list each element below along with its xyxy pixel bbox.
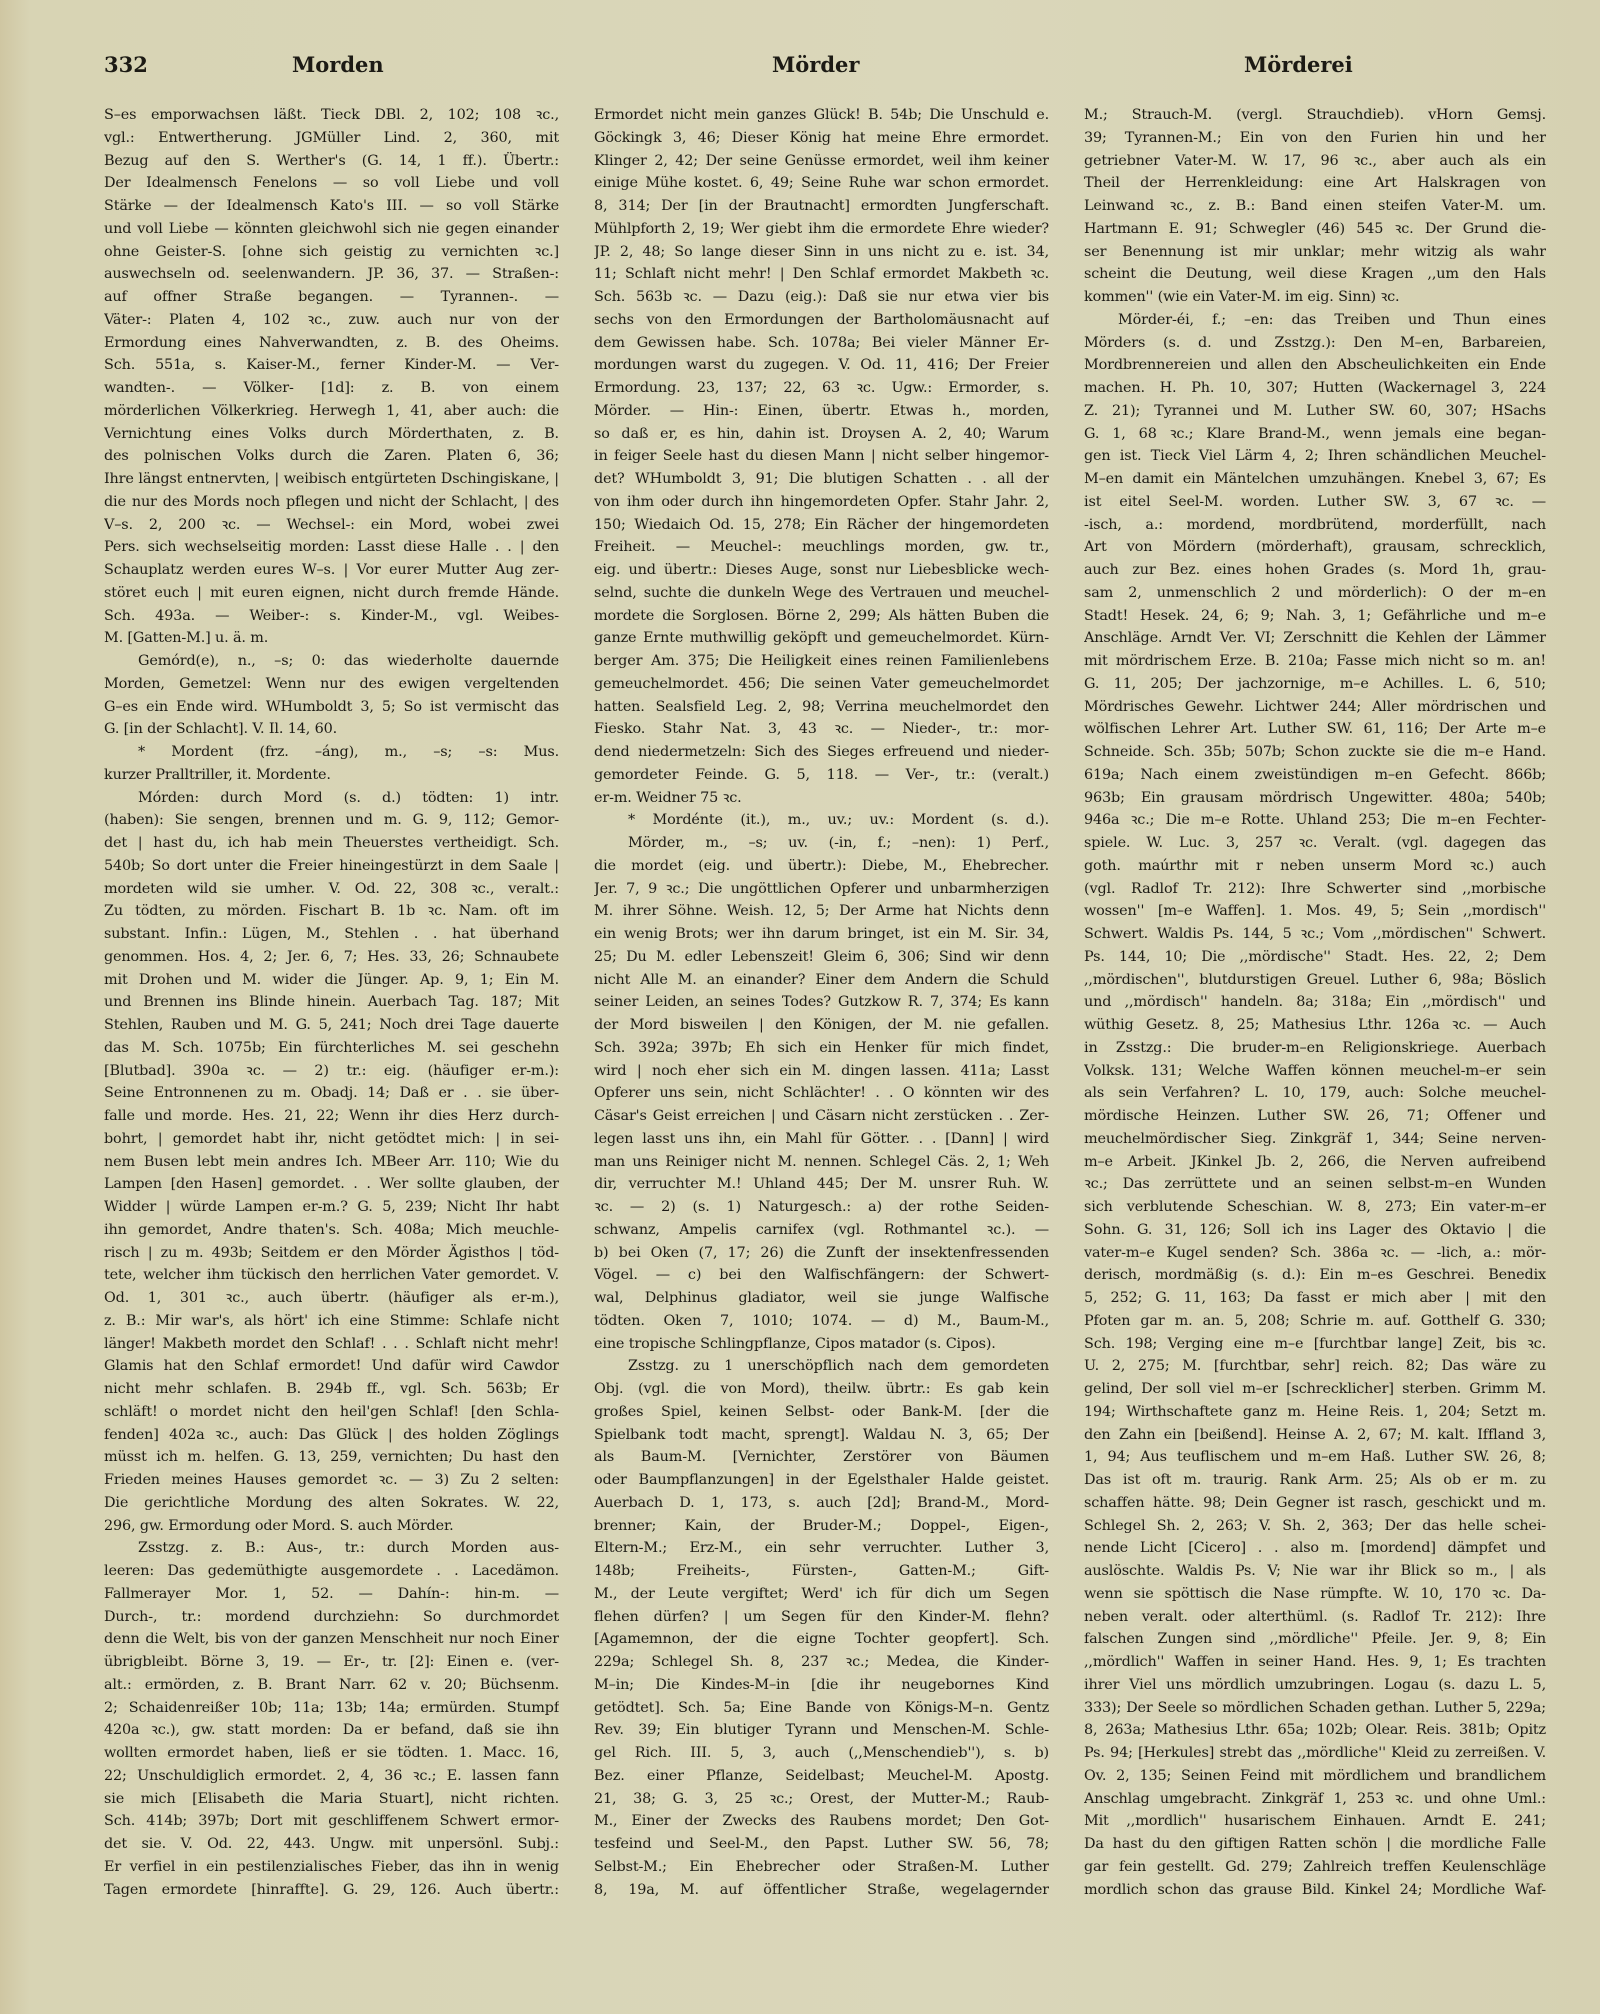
text-line: auch zur Bez. eines hohen Grades (s. Mor…	[1084, 559, 1546, 582]
text-line: 11; Schlaft nicht mehr! | Den Schlaf erm…	[594, 263, 1049, 286]
text-line: Klinger 2, 42; Der seine Genüsse ermorde…	[594, 150, 1049, 173]
text-line: M., Einer der Zwecks des Raubens mordet;…	[594, 1810, 1049, 1833]
text-line: und ,,mördisch'' handeln. 8a; 318a; Ein …	[1084, 991, 1546, 1014]
text-line: Selbst-M.; Ein Ehebrecher oder Straßen-M…	[594, 1856, 1049, 1879]
text-line: seiner Leiden, an seines Todes? Gutzkow …	[594, 991, 1049, 1014]
text-line: Volksk. 131; Welche Waffen können meuche…	[1084, 1060, 1546, 1083]
text-line: Art von Mördern (mörderhaft), grausam, s…	[1084, 536, 1546, 559]
text-line: scheint die Deutung, weil diese Kragen ,…	[1084, 263, 1546, 286]
text-line: ganze Ernte muthwillig geköpft und gemeu…	[594, 627, 1049, 650]
text-line: risch | zu m. 493b; Seitdem er den Mörde…	[104, 1242, 559, 1265]
text-line: (vgl. Radlof Tr. 212): Ihre Schwerter si…	[1084, 878, 1546, 901]
text-line: ꝛc. — 2) (s. 1) Naturgesch.: a) der roth…	[594, 1196, 1049, 1219]
text-line: Frieden meines Hauses gemordet ꝛc. — 3) …	[104, 1469, 559, 1492]
text-line: ꝛc.; Das zerrüttete und an seinen selbst…	[1084, 1173, 1546, 1196]
text-line: M–en damit ein Mäntelchen umzuhängen. Kn…	[1084, 468, 1546, 491]
text-line: gelind, Der soll viel m–er [schreckliche…	[1084, 1378, 1546, 1401]
text-line: auf offner Straße begangen. — Tyrannen-.…	[104, 286, 559, 309]
text-line: sechs von den Ermordungen der Bartholomä…	[594, 309, 1049, 332]
text-line: Anschläge. Arndt Ver. VI; Zerschnitt die…	[1084, 627, 1546, 650]
text-line: G–es ein Ende wird. WHumboldt 3, 5; So i…	[104, 696, 559, 719]
text-line: Mördrisches Gewehr. Lichtwer 244; Aller …	[1084, 696, 1546, 719]
text-line: -isch, a.: mordend, mordbrütend, morderf…	[1084, 514, 1546, 537]
text-column-middle: Ermordet nicht mein ganzes Glück! B. 54b…	[594, 104, 1049, 1901]
text-line: Sch. 563b ꝛc. — Dazu (eig.): Daß sie nur…	[594, 286, 1049, 309]
text-line: das M. Sch. 1075b; Ein fürchterliches M.…	[104, 1037, 559, 1060]
text-line: 946a ꝛc.; Die m–e Rotte. Uhland 253; Die…	[1084, 809, 1546, 832]
text-line: und Brennen ins Blinde hinein. Auerbach …	[104, 991, 559, 1014]
text-line: Stehlen, Rauben und M. G. 5, 241; Noch d…	[104, 1014, 559, 1037]
text-line: auslöschte. Waldis Ps. V; Nie war ihr Bl…	[1084, 1560, 1546, 1583]
text-line: Mit ,,mordlich'' husarischem Einhauen. A…	[1084, 1810, 1546, 1833]
text-line: Seine Entronnenen zu m. Obadj. 14; Daß e…	[104, 1082, 559, 1105]
text-line: [Agamemnon, der die eigne Tochter geopfe…	[594, 1628, 1049, 1651]
text-line: 148b; Freiheits-, Fürsten-, Gatten-M.; G…	[594, 1560, 1049, 1583]
text-line: Z. 21); Tyrannei und M. Luther SW. 60, 3…	[1084, 400, 1546, 423]
text-line: Morden, Gemetzel: Wenn nur des ewigen ve…	[104, 673, 559, 696]
text-line: falle und morde. Hes. 21, 22; Wenn ihr d…	[104, 1105, 559, 1128]
text-line: wird | noch eher sich ein M. dingen lass…	[594, 1060, 1049, 1083]
text-line: Mörders (s. d. und Zsstzg.): Den M–en, B…	[1084, 332, 1546, 355]
text-line: auswechseln od. seelenwandern. JP. 36, 3…	[104, 263, 559, 286]
text-line: det | hast du, ich hab mein Theuerstes v…	[104, 832, 559, 855]
text-line: in Zsstzg.: Die bruder-m–en Religionskri…	[1084, 1037, 1546, 1060]
text-line: 8, 263a; Mathesius Lthr. 65a; 102b; Olea…	[1084, 1719, 1546, 1742]
text-line: Sch. 414b; 397b; Dort mit geschliffenem …	[104, 1810, 559, 1833]
text-line: gar fein gestellt. Gd. 279; Zahlreich tr…	[1084, 1856, 1546, 1879]
text-line: und voll Liebe — könnten gleichwohl sich…	[104, 218, 559, 241]
text-line: ser Benennung ist mir unklar; mehr witzi…	[1084, 241, 1546, 264]
text-line: spiele. W. Luc. 3, 257 ꝛc. Veralt. (vgl.…	[1084, 832, 1546, 855]
text-line: dend niedermetzeln: Sich des Sieges erfr…	[594, 741, 1049, 764]
text-line: von ihm oder durch ihn hingemordeten Opf…	[594, 491, 1049, 514]
text-line: großes Spiel, keinen Selbst- oder Bank-M…	[594, 1401, 1049, 1424]
text-line: Ermordung eines Nahverwandten, z. B. des…	[104, 332, 559, 355]
text-line: G. 1, 68 ꝛc.; Klare Brand-M., wenn jemal…	[1084, 423, 1546, 446]
text-line: schläft! o mordet nicht den heil'gen Sch…	[104, 1401, 559, 1424]
text-line: ohne Geister-S. [ohne sich geistig zu ve…	[104, 241, 559, 264]
text-line: Schauplatz werden eures W–s. | Vor eurer…	[104, 559, 559, 582]
text-line: Da hast du den giftigen Ratten schön | d…	[1084, 1833, 1546, 1856]
text-line: Obj. (vgl. die von Mord), theilw. übrtr.…	[594, 1378, 1049, 1401]
text-line: M. [Gatten-M.] u. ä. m.	[104, 627, 559, 650]
text-line: genommen. Hos. 4, 2; Jer. 6, 7; Hes. 33,…	[104, 946, 559, 969]
text-line: ihn gemordet, Andre thaten's. Sch. 408a;…	[104, 1219, 559, 1242]
text-line: nem Busen lebt mein andres Ich. MBeer Ar…	[104, 1151, 559, 1174]
text-line: Mórden: durch Mord (s. d.) tödten: 1) in…	[104, 787, 559, 810]
text-line: 229a; Schlegel Sh. 8, 237 ꝛc.; Medea, di…	[594, 1651, 1049, 1674]
text-line: * Mordénte (it.), m., uv.; uv.: Mordent …	[594, 809, 1049, 832]
text-line: übrigbleibt. Börne 3, 19. — Er-, tr. [2]…	[104, 1651, 559, 1674]
text-line: derisch, mordmäßig (s. d.): Ein m–es Ges…	[1084, 1264, 1546, 1287]
text-line: Bez. einer Pflanze, Seidelbast; Meuchel-…	[594, 1765, 1049, 1788]
text-line: mördische Heinzen. Luther SW. 26, 71; Of…	[1084, 1105, 1546, 1128]
text-line: M.; Strauch-M. (vergl. Strauchdieb). vHo…	[1084, 104, 1546, 127]
text-line: Vernichtung eines Volks durch Mörderthat…	[104, 423, 559, 446]
text-line: Schlegel Sh. 2, 263; V. Sh. 2, 363; Der …	[1084, 1515, 1546, 1538]
text-line: wollten ermordet haben, ließ er sie tödt…	[104, 1742, 559, 1765]
text-line: wossen'' [m–e Waffen]. 1. Mos. 49, 5; Se…	[1084, 900, 1546, 923]
text-line: Stadt! Hesek. 24, 6; 9; Nah. 3, 1; Gefäh…	[1084, 605, 1546, 628]
dictionary-page: 332 Morden Mörder Mörderei S–es emporwac…	[0, 0, 1600, 2014]
text-line: brenner; Kain, der Bruder-M.; Doppel-, E…	[594, 1515, 1049, 1538]
text-line: die nur des Mords noch pflegen und nicht…	[104, 491, 559, 514]
text-line: denn die Welt, bis von der ganzen Mensch…	[104, 1628, 559, 1651]
text-line: [Blutbad]. 390a ꝛc. — 2) tr.: eig. (häuf…	[104, 1060, 559, 1083]
text-line: Ps. 144, 10; Die ,,mördische'' Stadt. He…	[1084, 946, 1546, 969]
text-line: m–e Arbeit. JKinkel Jb. 2, 266, die Nerv…	[1084, 1151, 1546, 1174]
text-line: Pers. sich wechselseitig morden: Lasst d…	[104, 536, 559, 559]
text-line: Auerbach D. 1, 173, s. auch [2d]; Brand-…	[594, 1492, 1049, 1515]
text-line: Pfoten gar m. an. 5, 208; Schrie m. auf.…	[1084, 1310, 1546, 1333]
text-line: ,,mördlich'' Waffen in seiner Hand. Hes.…	[1084, 1651, 1546, 1674]
text-line: Glamis hat den Schlaf ermordet! Und dafü…	[104, 1355, 559, 1378]
text-line: nicht Alle M. an einander? Einer dem And…	[594, 969, 1049, 992]
text-line: mit mördrischem Erze. B. 210a; Fasse mic…	[1084, 650, 1546, 673]
text-line: gel Rich. III. 5, 3, auch (,,Menschendie…	[594, 1742, 1049, 1765]
text-line: den Zahn ein [beißend]. Heinse A. 2, 67;…	[1084, 1424, 1546, 1447]
text-line: Spielbank todt macht, sprengt]. Waldau N…	[594, 1424, 1049, 1447]
text-line: 25; Du M. edler Lebenszeit! Gleim 6, 306…	[594, 946, 1049, 969]
text-line: nende Licht [Cicero] . . also m. [morden…	[1084, 1537, 1546, 1560]
text-line: sich verblutende Scheschian. W. 8, 273; …	[1084, 1196, 1546, 1219]
text-line: z. B.: Mir war's, als hört' ich eine Sti…	[104, 1310, 559, 1333]
text-line: Durch-, tr.: mordend durchziehn: So durc…	[104, 1606, 559, 1629]
text-line: mit Drohen und M. wider die Jünger. Ap. …	[104, 969, 559, 992]
text-line: Göckingk 3, 46; Dieser König hat meine E…	[594, 127, 1049, 150]
text-line: sie mich [Elisabeth die Maria Stuart], n…	[104, 1788, 559, 1811]
text-line: Ermordet nicht mein ganzes Glück! B. 54b…	[594, 104, 1049, 127]
text-line: 8, 19a, M. auf öffentlicher Straße, wege…	[594, 1879, 1049, 1902]
text-line: mordete die Sorglosen. Börne 2, 299; Als…	[594, 605, 1049, 628]
text-line: Vögel. — c) bei den Walfischfängern: der…	[594, 1264, 1049, 1287]
text-line: Ov. 2, 135; Seinen Feind mit mördlichem …	[1084, 1765, 1546, 1788]
text-line: gemordeter Feinde. G. 5, 118. — Ver-, tr…	[594, 764, 1049, 787]
text-line: Jer. 7, 9 ꝛc.; Die ungöttlichen Opferer …	[594, 878, 1049, 901]
text-line: mordeten wild sie umher. V. Od. 22, 308 …	[104, 878, 559, 901]
text-line: G. 11, 205; Der jachzornige, m–e Achille…	[1084, 673, 1546, 696]
text-line: det? WHumboldt 3, 91; Die blutigen Schat…	[594, 468, 1049, 491]
text-line: störet euch | mit euren eignen, nicht du…	[104, 582, 559, 605]
text-line: substant. Infin.: Lügen, M., Stehlen . .…	[104, 923, 559, 946]
text-line: Zsstzg. zu 1 unerschöpflich nach dem gem…	[594, 1355, 1049, 1378]
text-line: Die gerichtliche Mordung des alten Sokra…	[104, 1492, 559, 1515]
text-line: 8, 314; Der [in der Brautnacht] ermordte…	[594, 195, 1049, 218]
text-line: 194; Wirthschaftete ganz m. Heine Reis. …	[1084, 1401, 1546, 1424]
text-line: Sch. 493a. — Weiber-: s. Kinder-M., vgl.…	[104, 605, 559, 628]
text-line: Mörder. — Hin-: Einen, übertr. Etwas h.,…	[594, 400, 1049, 423]
text-line: der Mord bisweilen | den Königen, der M.…	[594, 1014, 1049, 1037]
text-line: V–s. 2, 200 ꝛc. — Wechsel-: ein Mord, wo…	[104, 514, 559, 537]
text-line: ,,mördischen'', blutdurstigen Greuel. Lu…	[1084, 969, 1546, 992]
text-line: vgl.: Entwertherung. JGMüller Lind. 2, 3…	[104, 127, 559, 150]
text-line: legen lasst uns ihn, ein Mahl für Götter…	[594, 1128, 1049, 1151]
text-line: Bezug auf den S. Werther's (G. 14, 1 ff.…	[104, 150, 559, 173]
text-line: mordlich schon das grause Bild. Kinkel 2…	[1084, 1879, 1546, 1902]
text-line: ihrer Viel uns mördlich umzubringen. Log…	[1084, 1674, 1546, 1697]
text-column-left: S–es emporwachsen läßt. Tieck DBl. 2, 10…	[104, 104, 559, 1901]
text-line: 333); Der Seele so mördlichen Schaden ge…	[1084, 1697, 1546, 1720]
text-line: goth. maúrthr mit r neben unserm Mord ꝛc…	[1084, 855, 1546, 878]
text-line: mörderlichen Völkerkrieg. Herwegh 1, 41,…	[104, 400, 559, 423]
text-line: die mordet (eig. und übertr.): Diebe, M.…	[594, 855, 1049, 878]
text-line: als Baum-M. [Vernichter, Zerstörer von B…	[594, 1446, 1049, 1469]
text-line: hatten. Sealsfield Leg. 2, 98; Verrina m…	[594, 696, 1049, 719]
text-line: selnd, suchte die dunkeln Wege des Vertr…	[594, 582, 1049, 605]
text-line: Zsstzg. z. B.: Aus-, tr.: durch Morden a…	[104, 1537, 559, 1560]
text-line: Eltern-M.; Erz-M., ein sehr verruchter. …	[594, 1537, 1049, 1560]
text-line: kurzer Pralltriller, it. Mordente.	[104, 764, 559, 787]
text-line: getriebner Vater-M. W. 17, 96 ꝛc., aber …	[1084, 150, 1546, 173]
text-line: 21, 38; G. 3, 25 ꝛc.; Orest, der Mutter-…	[594, 1788, 1049, 1811]
text-line: Fallmerayer Mor. 1, 52. — Dahín-: hin-m.…	[104, 1583, 559, 1606]
text-line: M., der Leute vergiftet; Werd' ich für d…	[594, 1583, 1049, 1606]
text-line: wüthig Gesetz. 8, 25; Mathesius Lthr. 12…	[1084, 1014, 1546, 1037]
text-line: meuchelmördischer Sieg. Zinkgräf 1, 344;…	[1084, 1128, 1546, 1151]
text-line: wal, Delphinus gladiator, weil sie junge…	[594, 1287, 1049, 1310]
text-line: tete, welcher ihm tückisch den herrliche…	[104, 1264, 559, 1287]
text-line: * Mordent (frz. –áng), m., –s; –s: Mus.	[104, 741, 559, 764]
text-line: schwanz, Ampelis carnifex (vgl. Rothmant…	[594, 1219, 1049, 1242]
text-line: Anschlag umgebracht. Zinkgräf 1, 253 ꝛc.…	[1084, 1788, 1546, 1811]
text-line: Rev. 39; Ein blutiger Tyrann und Mensche…	[594, 1719, 1049, 1742]
text-line: Das ist oft m. traurig. Rank Arm. 25; Al…	[1084, 1469, 1546, 1492]
text-line: eig. und übertr.: Dieses Auge, sonst nur…	[594, 559, 1049, 582]
text-line: kommen'' (wie ein Vater-M. im eig. Sinn)…	[1084, 286, 1546, 309]
text-line: S–es emporwachsen läßt. Tieck DBl. 2, 10…	[104, 104, 559, 127]
text-line: Sch. 392a; 397b; Eh sich ein Henker für …	[594, 1037, 1049, 1060]
text-line: Sch. 198; Verging eine m–e [furchtbar la…	[1084, 1333, 1546, 1356]
running-header: 332 Morden Mörder Mörderei	[0, 52, 1600, 92]
text-line: Ermordung. 23, 137; 22, 63 ꝛc. Ugw.: Erm…	[594, 377, 1049, 400]
text-column-right: M.; Strauch-M. (vergl. Strauchdieb). vHo…	[1084, 104, 1546, 1901]
text-line: Tagen ermordete [hinraffte]. G. 29, 126.…	[104, 1879, 559, 1902]
text-line: falschen Zungen sind ,,mördliche'' Pfeil…	[1084, 1628, 1546, 1651]
text-line: Mordbrennereien und allen den Abscheulic…	[1084, 354, 1546, 377]
text-line: Gemórd(e), n., –s; 0: das wiederholte da…	[104, 650, 559, 673]
text-line: Er verfiel in ein pestilenzialisches Fie…	[104, 1856, 559, 1879]
text-line: ist eitel Seel-M. worden. Luther SW. 3, …	[1084, 491, 1546, 514]
text-line: Od. 1, 301 ꝛc., auch übertr. (häufiger a…	[104, 1287, 559, 1310]
text-line: JP. 2, 48; So lange dieser Sinn in uns n…	[594, 241, 1049, 264]
text-line: getödtet]. Sch. 5a; Eine Bande von König…	[594, 1697, 1049, 1720]
text-line: in feiger Seele hast du diesen Mann | ni…	[594, 445, 1049, 468]
text-line: alt.: ermörden, z. B. Brant Narr. 62 v. …	[104, 1674, 559, 1697]
text-line: 39; Tyrannen-M.; Ein von den Furien hin …	[1084, 127, 1546, 150]
text-line: 2; Schaidenreißer 10b; 11a; 13b; 14a; er…	[104, 1697, 559, 1720]
text-line: Leinwand ꝛc., z. B.: Band einen steifen …	[1084, 195, 1546, 218]
text-line: b) bei Oken (7, 17; 26) die Zunft der in…	[594, 1242, 1049, 1265]
text-line: M. ihrer Söhne. Weish. 12, 5; Der Arme h…	[594, 900, 1049, 923]
text-line: 1, 94; Aus teuflischem und m–em Haß. Lut…	[1084, 1446, 1546, 1469]
text-line: neben veralt. oder alterthüml. (s. Radlo…	[1084, 1606, 1546, 1629]
text-line: dem Gewissen habe. Sch. 1078a; Bei viele…	[594, 332, 1049, 355]
text-line: so daß er, es hin, dahin ist. Droysen A.…	[594, 423, 1049, 446]
text-line: bohrt, | gemordet habt ihr, nicht getödt…	[104, 1128, 559, 1151]
text-line: 22; Unschuldiglich ermordet. 2, 4, 36 ꝛc…	[104, 1765, 559, 1788]
text-line: eine tropische Schlingpflanze, Cipos mat…	[594, 1333, 1049, 1356]
text-line: oder Baumpflanzungen] in der Egelsthaler…	[594, 1469, 1049, 1492]
text-line: dir, verruchter M.! Uhland 445; Der M. u…	[594, 1173, 1049, 1196]
text-line: wenn sie spöttisch die Nase rümpfte. W. …	[1084, 1583, 1546, 1606]
text-line: Sch. 551a, s. Kaiser-M., ferner Kinder-M…	[104, 354, 559, 377]
text-line: wölfischen Lehrer Art. Luther SW. 61, 11…	[1084, 718, 1546, 741]
middle-guide-word: Mörder	[772, 52, 859, 77]
text-line: Mörder-éi, f.; –en: das Treiben und Thun…	[1084, 309, 1546, 332]
text-line: Cäsar's Geist erreichen | und Cäsarn nic…	[594, 1105, 1049, 1128]
text-line: ein wenig Brots; wer ihn darum bringet, …	[594, 923, 1049, 946]
text-line: 150; Wiedaich Od. 15, 278; Ein Rächer de…	[594, 514, 1049, 537]
text-line: Väter-: Platen 4, 102 ꝛc., zuw. auch nur…	[104, 309, 559, 332]
text-line: gemeuchelmordet. 456; Die seinen Vater g…	[594, 673, 1049, 696]
text-line: man uns Reiniger nicht M. nennen. Schleg…	[594, 1151, 1049, 1174]
text-line: M–in; Die Kindes-M–in [die ihr neugeborn…	[594, 1674, 1049, 1697]
text-line: Schwert. Waldis Ps. 144, 5 ꝛc.; Vom ,,mö…	[1084, 923, 1546, 946]
text-line: wandten-. — Völker- [1d]: z. B. von eine…	[104, 377, 559, 400]
text-line: Stärke — der Idealmensch Kato's III. — s…	[104, 195, 559, 218]
text-line: machen. H. Ph. 10, 307; Hutten (Wackerna…	[1084, 377, 1546, 400]
text-line: flehen dürfen? | um Segen für den Kinder…	[594, 1606, 1049, 1629]
text-line: 296, gw. Ermordung oder Mord. S. auch Mö…	[104, 1515, 559, 1538]
text-line: nicht mehr schlafen. B. 294b ff., vgl. S…	[104, 1378, 559, 1401]
text-line: vater-m–e Kugel senden? Sch. 386a ꝛc. — …	[1084, 1242, 1546, 1265]
text-line: mordungen warst du zugegen. V. Od. 11, 4…	[594, 354, 1049, 377]
text-line: einige Mühe kostet. 6, 49; Seine Ruhe wa…	[594, 172, 1049, 195]
text-line: müsst ich m. helfen. G. 13, 259, vernich…	[104, 1446, 559, 1469]
text-line: det sie. V. Od. 22, 443. Ungw. mit unper…	[104, 1833, 559, 1856]
text-line: leeren: Das gedemüthigte ausgemordete . …	[104, 1560, 559, 1583]
text-line: Zu tödten, zu mörden. Fischart B. 1b ꝛc.…	[104, 900, 559, 923]
text-line: Widder | würde Lampen er-m.? G. 5, 239; …	[104, 1196, 559, 1219]
right-guide-word: Mörderei	[1244, 52, 1353, 77]
text-line: Sohn. G. 31, 126; Soll ich ins Lager des…	[1084, 1219, 1546, 1242]
text-line: Ihre längst entnervten, | weibisch entgü…	[104, 468, 559, 491]
text-line: Mühlpforth 2, 19; Wer giebt ihm die ermo…	[594, 218, 1049, 241]
text-line: Theil der Herrenkleidung: eine Art Halsk…	[1084, 172, 1546, 195]
text-line: 619a; Nach einem zweistündigen m–en Gefe…	[1084, 764, 1546, 787]
text-line: tesfeind und Seel-M., den Papst. Luther …	[594, 1833, 1049, 1856]
text-line: er-m. Weidner 75 ꝛc.	[594, 787, 1049, 810]
text-line: Freiheit. — Meuchel-: meuchlings morden,…	[594, 536, 1049, 559]
left-guide-word: Morden	[292, 52, 384, 77]
text-line: Schneide. Sch. 35b; 507b; Schon zuckte s…	[1084, 741, 1546, 764]
text-line: schaffen hätte. 98; Dein Gegner ist rasc…	[1084, 1492, 1546, 1515]
text-line: Hartmann E. 91; Schwegler (46) 545 ꝛc. D…	[1084, 218, 1546, 241]
text-line: G. [in der Schlacht]. V. Il. 14, 60.	[104, 718, 559, 741]
text-line: des polnischen Volks durch die Zaren. Pl…	[104, 445, 559, 468]
text-line: Fiesko. Stahr Nat. 3, 43 ꝛc. — Nieder-, …	[594, 718, 1049, 741]
text-line: Opferer uns sein, nicht Schlächter! . . …	[594, 1082, 1049, 1105]
text-line: länger! Makbeth mordet den Schlaf! . . .…	[104, 1333, 559, 1356]
text-line: 5, 252; G. 11, 163; Da fasst er mich abe…	[1084, 1287, 1546, 1310]
text-line: 963b; Ein grausam mördrisch Ungewitter. …	[1084, 787, 1546, 810]
text-line: als sein Verfahren? L. 10, 179, auch: So…	[1084, 1082, 1546, 1105]
text-line: tödten. Oken 7, 1010; 1074. — d) M., Bau…	[594, 1310, 1049, 1333]
text-line: (haben): Sie sengen, brennen und m. G. 9…	[104, 809, 559, 832]
text-line: fenden] 402a ꝛc., auch: Das Glück | des …	[104, 1424, 559, 1447]
text-line: 540b; So dort unter die Freier hineinges…	[104, 855, 559, 878]
text-line: sam 2, unmenschlich 2 und mörderlich): O…	[1084, 582, 1546, 605]
text-line: Lampen [den Hasen] gemordet. . . Wer sol…	[104, 1173, 559, 1196]
text-line: 420a ꝛc.), gw. statt morden: Da er befan…	[104, 1719, 559, 1742]
text-line: U. 2, 275; M. [furchtbar, sehr] reich. 8…	[1084, 1355, 1546, 1378]
text-line: Der Idealmensch Fenelons — so voll Liebe…	[104, 172, 559, 195]
text-line: gen ist. Tieck Viel Lärm 4, 2; Ihren sch…	[1084, 445, 1546, 468]
page-number: 332	[104, 52, 148, 77]
text-line: Mörder, m., –s; uv. (-in, f.; –nen): 1) …	[594, 832, 1049, 855]
text-line: berger Am. 375; Die Heiligkeit eines rei…	[594, 650, 1049, 673]
text-line: Ps. 94; [Herkules] strebt das ,,mördlich…	[1084, 1742, 1546, 1765]
